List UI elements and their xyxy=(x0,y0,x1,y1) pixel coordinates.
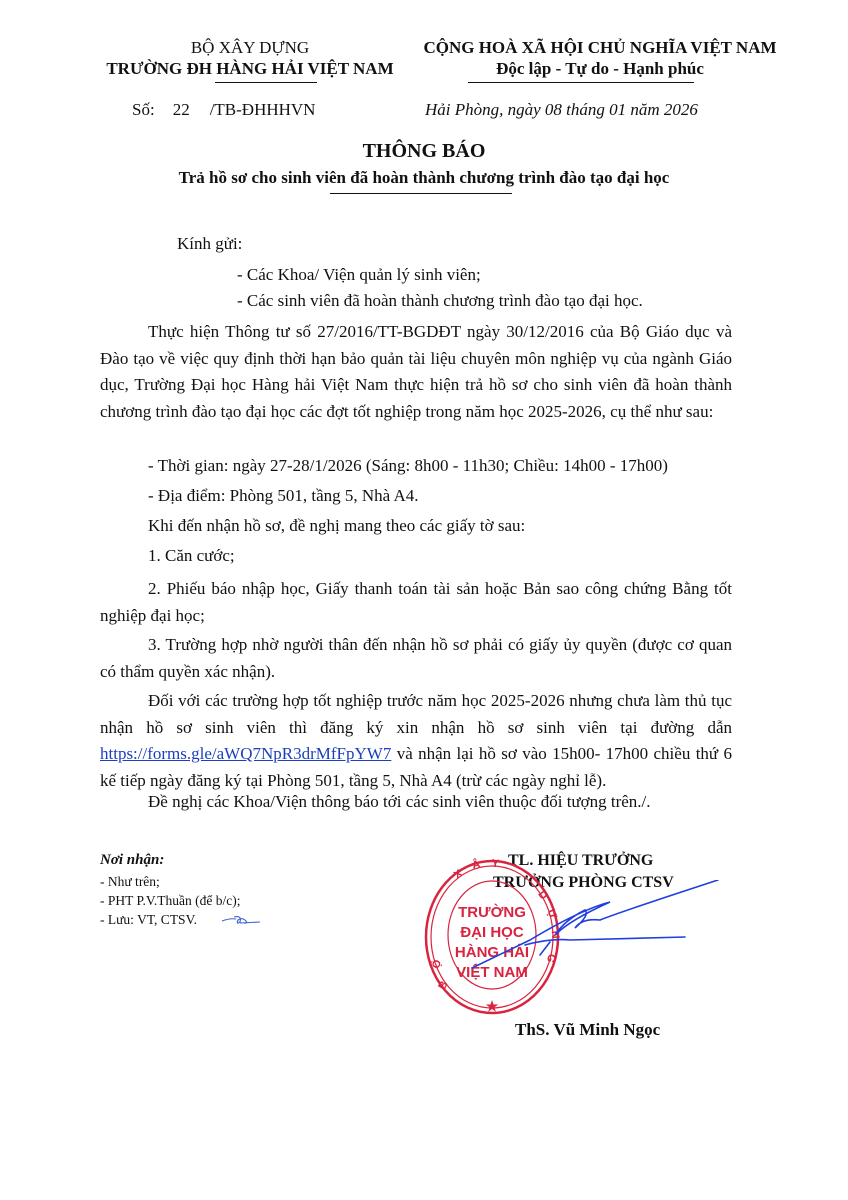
document-number: Số:22/TB-ĐHHHVN xyxy=(132,100,315,120)
national-motto: Độc lập - Tự do - Hạnh phúc xyxy=(400,59,800,79)
recipient-item: - Các sinh viên đã hoàn thành chương trì… xyxy=(237,289,643,312)
document-code: /TB-ĐHHHVN xyxy=(210,100,316,119)
time-line: - Thời gian: ngày 27-28/1/2026 (Sáng: 8h… xyxy=(148,456,668,476)
signer-name: ThS. Vũ Minh Ngọc xyxy=(515,1020,660,1040)
cc-item: - Lưu: VT, CTSV. xyxy=(100,912,197,928)
document-number-value: 22 xyxy=(173,100,190,119)
school-name: TRƯỜNG ĐH HÀNG HẢI VIỆT NAM xyxy=(80,59,420,79)
closing-line: Đề nghị các Khoa/Viện thông báo tới các … xyxy=(148,792,651,812)
document-number-label: Số: xyxy=(132,100,155,119)
prior-years-paragraph: Đối với các trường hợp tốt nghiệp trước … xyxy=(100,688,732,794)
document-subtitle: Trả hồ sơ cho sinh viên đã hoàn thành ch… xyxy=(0,168,848,188)
intro-paragraph: Thực hiện Thông tư số 27/2016/TT-BGDĐT n… xyxy=(100,319,732,425)
document-item: 3. Trường hợp nhờ người thân đến nhận hồ… xyxy=(100,632,732,685)
cc-item: - Như trên; xyxy=(100,874,160,890)
ministry-name: BỘ XÂY DỰNG xyxy=(80,38,420,58)
motto-underline-divider xyxy=(468,82,694,83)
greeting: Kính gửi: xyxy=(177,232,242,255)
place-line: - Địa điểm: Phòng 501, tầng 5, Nhà A4. xyxy=(148,486,419,506)
svg-text:Ộ: Ộ xyxy=(429,958,444,970)
document-item: 1. Căn cước; xyxy=(148,546,235,566)
recipients-label: Nơi nhận: xyxy=(100,852,164,869)
documents-intro: Khi đến nhận hồ sơ, đề nghị mang theo cá… xyxy=(148,516,525,536)
svg-text:B: B xyxy=(436,979,450,992)
svg-text:★: ★ xyxy=(486,998,499,1014)
registration-form-link[interactable]: https://forms.gle/aWQ7NpR3drMfFpYW7 xyxy=(100,744,391,763)
prior-years-text: Đối với các trường hợp tốt nghiệp trước … xyxy=(100,691,732,737)
svg-text:Y: Y xyxy=(491,858,500,871)
school-underline-divider xyxy=(215,82,317,83)
subtitle-underline-divider xyxy=(330,193,512,194)
document-item: 2. Phiếu báo nhập học, Giấy thanh toán t… xyxy=(100,576,732,629)
place-date: Hải Phòng, ngày 08 tháng 01 năm 2026 xyxy=(425,100,698,120)
recipient-item: - Các Khoa/ Viện quản lý sinh viên; xyxy=(237,263,481,286)
cc-item: - PHT P.V.Thuần (để b/c); xyxy=(100,893,241,909)
signature-icon xyxy=(470,880,720,970)
initials-mark-icon xyxy=(220,912,262,928)
republic-name: CỘNG HOÀ XÃ HỘI CHỦ NGHĨA VIỆT NAM xyxy=(400,38,800,58)
document-title: THÔNG BÁO xyxy=(0,140,848,163)
